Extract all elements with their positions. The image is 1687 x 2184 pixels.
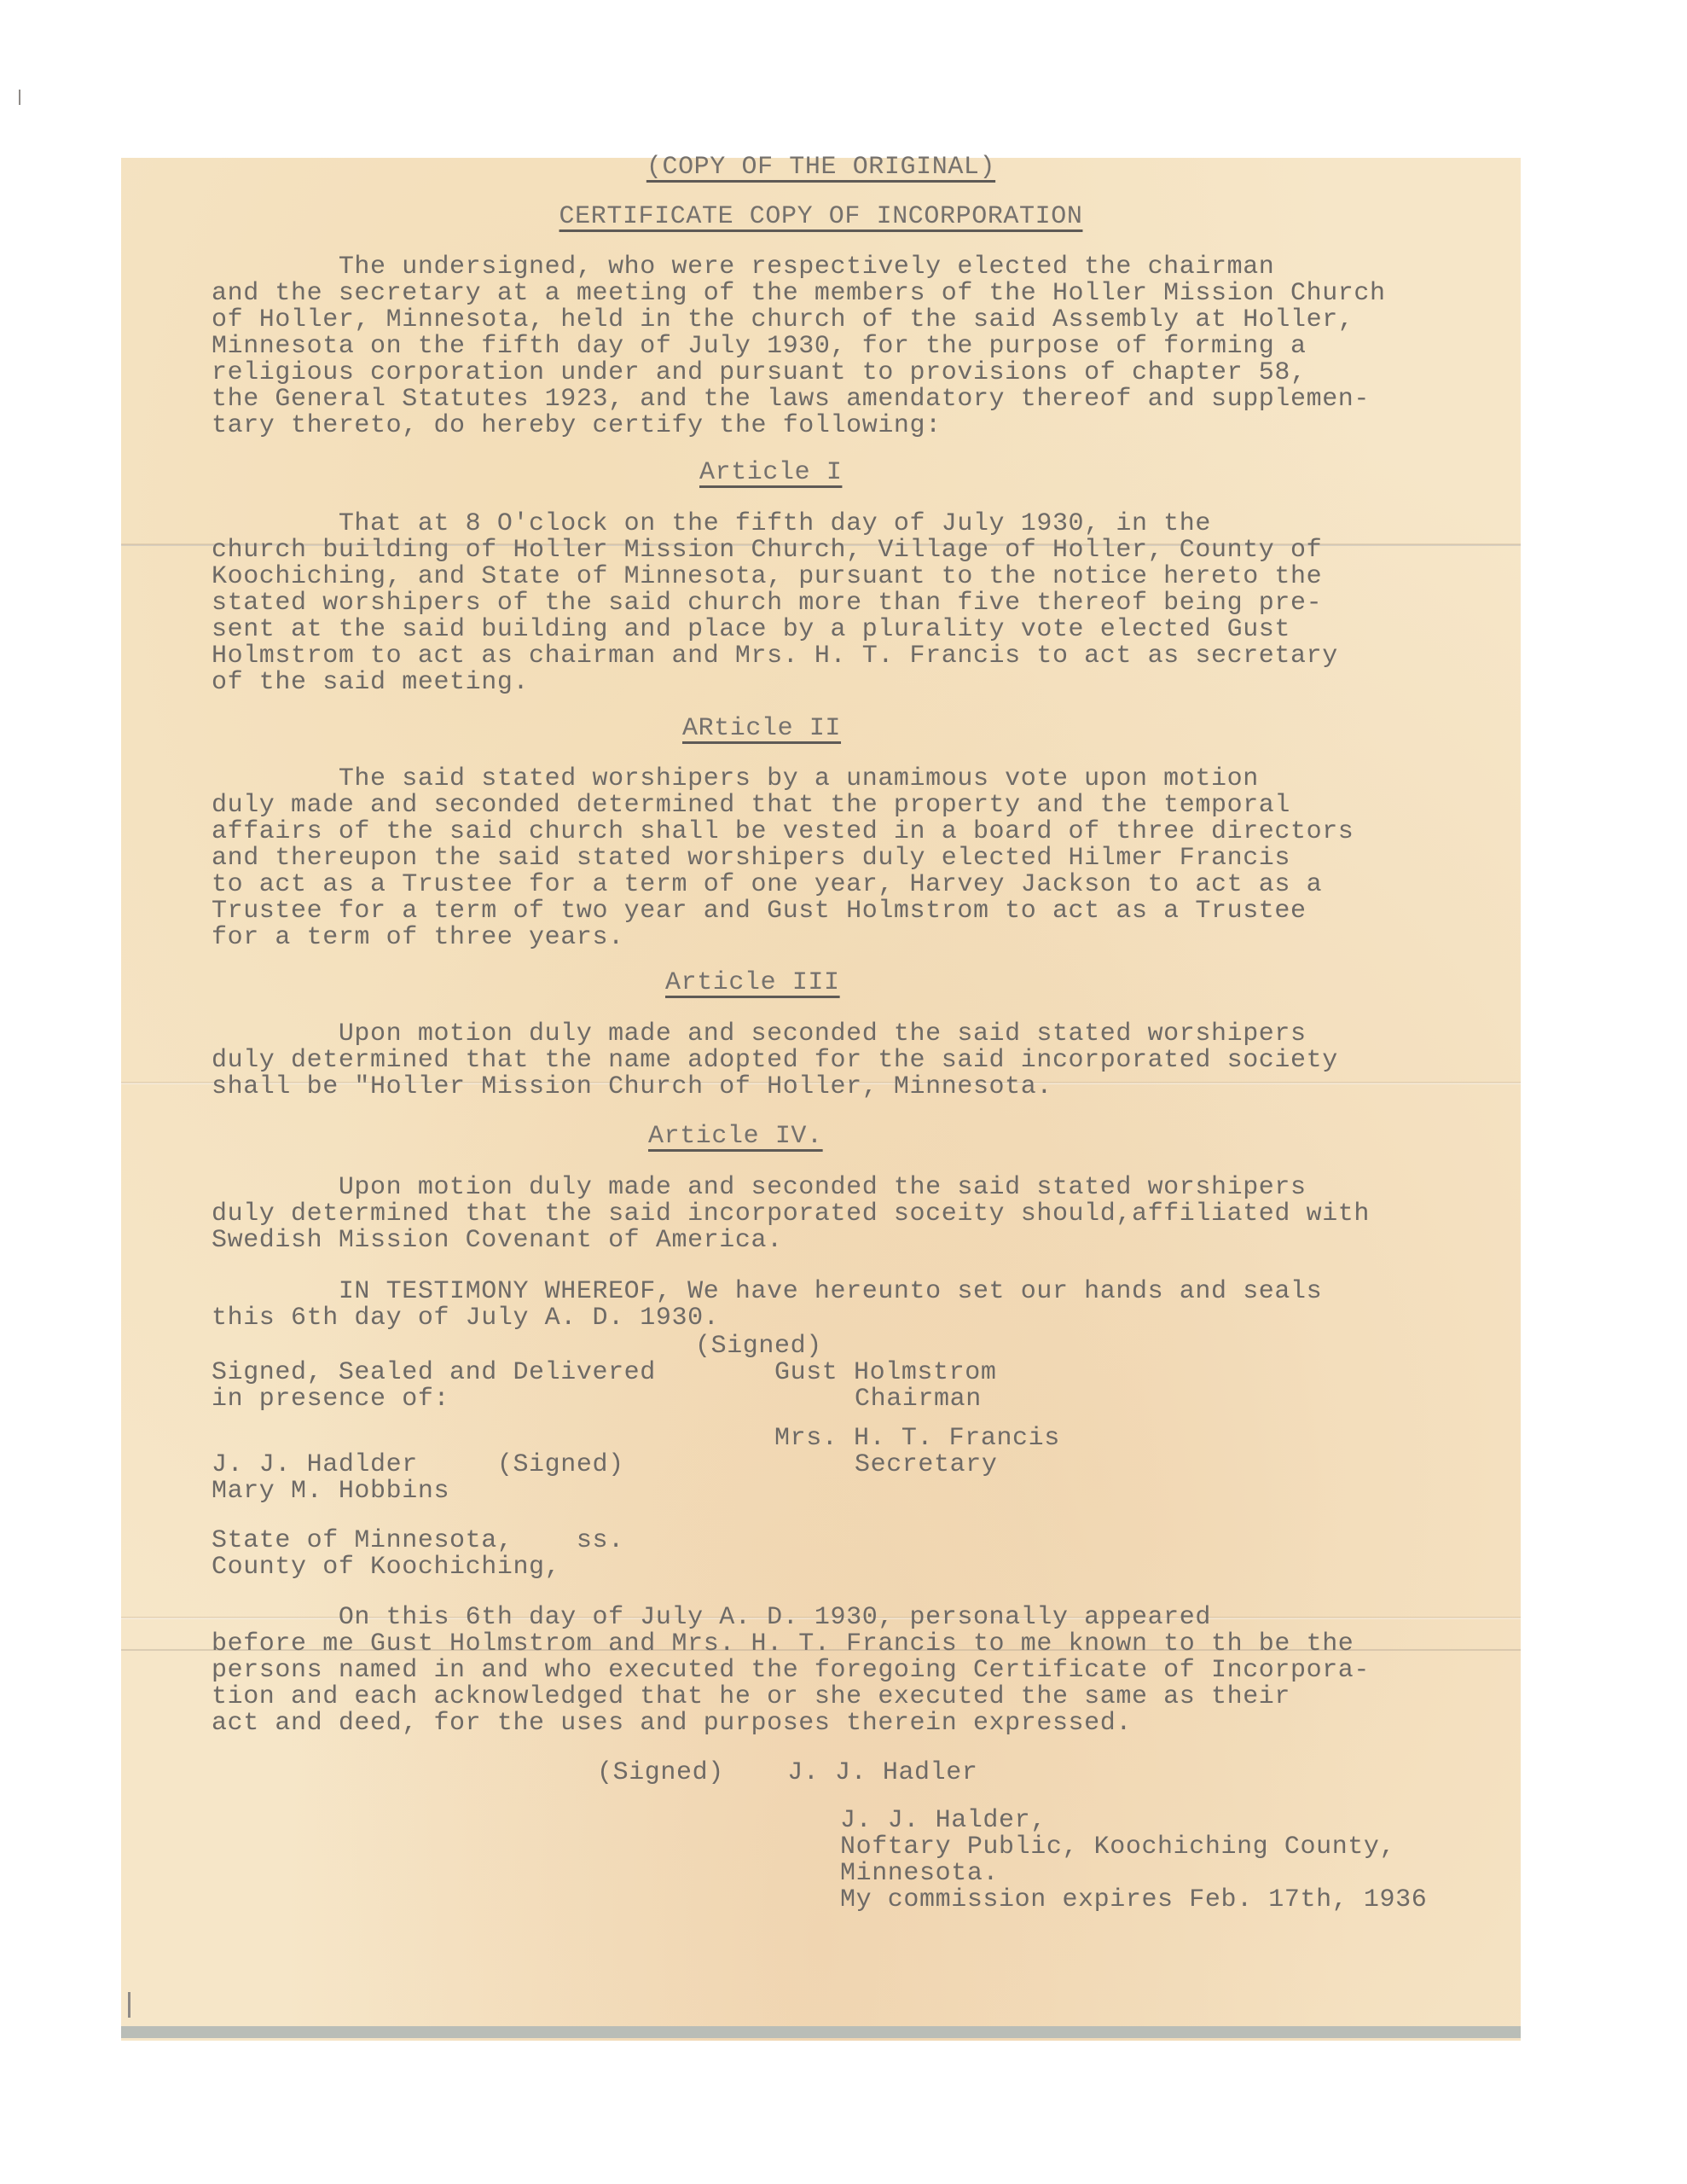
article-heading: Article IV. — [648, 1123, 823, 1150]
notary-signature: (Signed) J. J. Hadler — [597, 1759, 977, 1786]
document-title: CERTIFICATE COPY OF INCORPORATION — [121, 203, 1521, 230]
preamble-line: and the secretary at a meeting of the me… — [212, 280, 1386, 307]
article-line: That at 8 O'clock on the fifth day of Ju… — [212, 510, 1211, 537]
witness-heading: in presence of: — [212, 1385, 449, 1413]
witness-name: Mary M. Hobbins — [212, 1478, 449, 1505]
notary-line: Minnesota. — [840, 1860, 999, 1887]
preamble-line: of Holler, Minnesota, held in the church… — [212, 306, 1354, 334]
acknowledgment-line: persons named in and who executed the fo… — [212, 1657, 1370, 1684]
article-line: Trustee for a term of two year and Gust … — [212, 897, 1307, 925]
preamble-line: religious corporation under and pursuant… — [212, 359, 1307, 386]
venue-line: State of Minnesota, ss. — [212, 1527, 624, 1554]
article-line: Koochiching, and State of Minnesota, pur… — [212, 563, 1322, 590]
witness-heading: Signed, Sealed and Delivered — [212, 1359, 656, 1386]
witness-name: J. J. Hadlder (Signed) — [212, 1451, 624, 1478]
preamble-line: the General Statutes 1923, and the laws … — [212, 386, 1370, 413]
notary-line: My commission expires Feb. 17th, 1936 — [840, 1886, 1427, 1914]
testimony-line: IN TESTIMONY WHEREOF, We have hereunto s… — [212, 1278, 1322, 1305]
article-line: sent at the said building and place by a… — [212, 616, 1290, 643]
article-line: duly determined that the said incorporat… — [212, 1200, 1370, 1228]
notary-line: Noftary Public, Koochiching County, — [840, 1833, 1395, 1861]
article-line: Upon motion duly made and seconded the s… — [212, 1020, 1307, 1048]
article-line: to act as a Trustee for a term of one ye… — [212, 871, 1322, 898]
chairman-name: Gust Holmstrom — [774, 1359, 996, 1386]
acknowledgment-line: On this 6th day of July A. D. 1930, pers… — [212, 1604, 1211, 1631]
scan-mark — [19, 90, 20, 105]
preamble-line: Minnesota on the fifth day of July 1930,… — [212, 333, 1307, 360]
testimony-line: this 6th day of July A. D. 1930. — [212, 1304, 719, 1332]
secretary-title: Secretary — [855, 1451, 997, 1478]
article-line: stated worshipers of the said church mor… — [212, 590, 1322, 617]
article-line: for a term of three years. — [212, 924, 624, 951]
notary-line: J. J. Halder, — [840, 1807, 1046, 1834]
preamble-line: tary thereto, do hereby certify the foll… — [212, 412, 942, 439]
article-line: church building of Holler Mission Church… — [212, 537, 1322, 564]
article-line: of the said meeting. — [212, 669, 529, 696]
acknowledgment-line: before me Gust Holmstrom and Mrs. H. T. … — [212, 1630, 1354, 1658]
chairman-title: Chairman — [855, 1385, 982, 1413]
venue-line: County of Koochiching, — [212, 1554, 560, 1581]
secretary-name: Mrs. H. T. Francis — [774, 1425, 1060, 1452]
signed-label: (Signed) — [695, 1333, 822, 1360]
article-line: Holmstrom to act as chairman and Mrs. H.… — [212, 642, 1338, 670]
article-heading: ARticle II — [682, 715, 841, 742]
article-line: affairs of the said church shall be vest… — [212, 818, 1354, 845]
article-line: Upon motion duly made and seconded the s… — [212, 1174, 1307, 1201]
article-line: duly determined that the name adopted fo… — [212, 1047, 1338, 1074]
article-line: shall be "Holler Mission Church of Holle… — [212, 1073, 1052, 1101]
acknowledgment-line: act and deed, for the uses and purposes … — [212, 1710, 1132, 1737]
copy-label: (COPY OF THE ORIGINAL) — [121, 154, 1521, 181]
article-line: The said stated worshipers by a unamimou… — [212, 765, 1259, 793]
article-line: and thereupon the said stated worshipers… — [212, 845, 1290, 872]
article-heading: Article I — [699, 459, 842, 486]
page-shadow — [121, 2026, 1521, 2038]
preamble-line: The undersigned, who were respectively e… — [212, 253, 1274, 281]
acknowledgment-line: tion and each acknowledged that he or sh… — [212, 1683, 1290, 1711]
article-line: duly made and seconded determined that t… — [212, 792, 1290, 819]
article-line: Swedish Mission Covenant of America. — [212, 1227, 783, 1254]
article-heading: Article III — [665, 969, 840, 996]
scan-mark — [128, 1992, 130, 2018]
